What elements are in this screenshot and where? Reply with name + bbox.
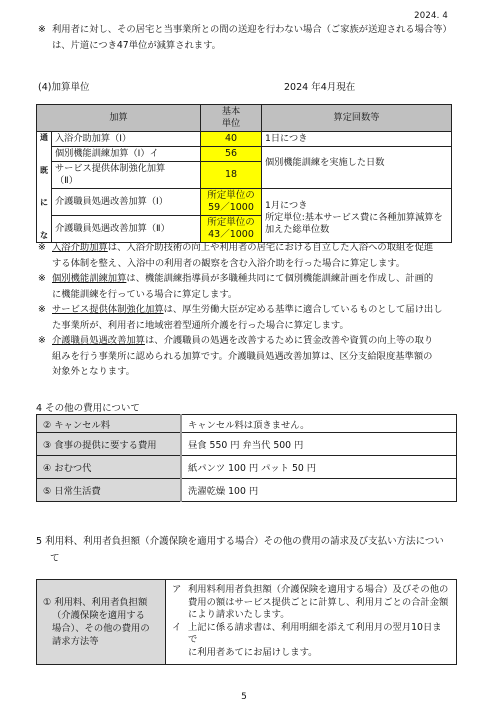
addition-name: 個別機能訓練加算（Ⅰ）イ — [52, 147, 201, 162]
fee-value: 昼食 550 円 弁当代 500 円 — [181, 433, 457, 456]
addition-name: 介護職員処遇改善加算（Ⅰ） — [52, 189, 201, 216]
fee-value: 紙パンツ 100 円 パット 50 円 — [181, 456, 457, 479]
addition-unit: 18 — [201, 162, 262, 189]
transport-note-line2: は、片道につき47単位が減算されます。 — [38, 38, 458, 54]
payment-content: ア 利用料利用者負担額（介護保険を適用する場合）及びその他の 費用の額はサービス… — [166, 580, 457, 665]
fee-label: ④ おむつ代 — [37, 456, 182, 479]
payment-section-title: 5 利用料、利用者負担額（介護保険を適用する場合）その他の費用の請求及び支払い方… — [36, 533, 444, 567]
fee-row: ⑤ 日常生活費 洗濯乾燥 100 円 — [37, 479, 457, 502]
transport-note: ※利用者に対し、その居宅と当事業所との間の送迎を行わない場合（ご家族が送迎される… — [38, 22, 458, 53]
addition-unit: 所定単位の 59／1000 — [201, 189, 262, 216]
note-mark: ※ — [38, 22, 52, 38]
fee-label: ③ 食事の提供に要する費用 — [37, 433, 182, 456]
addition-unit: 所定単位の 43／1000 — [201, 216, 262, 243]
header-basic-unit: 基本 単位 — [201, 105, 262, 132]
addition-unit: 56 — [201, 147, 262, 162]
page-number: 5 — [0, 692, 488, 702]
side-label: 通 既 に な — [37, 132, 52, 243]
fee-row: ④ おむつ代 紙パンツ 100 円 パット 50 円 — [37, 456, 457, 479]
addition-name: 介護職員処遇改善加算（Ⅱ） — [52, 216, 201, 243]
addition-section-title: (4)加算単位 — [38, 79, 89, 93]
addition-units-table: 加算 基本 単位 算定回数等 通 既 に な 入浴介助加算（Ⅰ） 40 1日につ… — [36, 104, 452, 243]
addition-count: 個別機能訓練を実施した日数 — [262, 147, 452, 189]
fee-row: ② キャンセル料 キャンセル料は頂きません。 — [37, 415, 457, 433]
header-count: 算定回数等 — [262, 105, 452, 132]
addition-as-of-date: 2024 年4月現在 — [284, 79, 355, 93]
payment-item: イ 上記に係る請求書は、利用明細を添えて利用月の翌月10日まで に利用者あてにお… — [172, 622, 450, 660]
addition-notes: ※入浴介助加算は、入浴介助技術の向上や利用者の居宅における自立した入浴への取組を… — [38, 240, 458, 380]
fee-value: 洗濯乾燥 100 円 — [181, 479, 457, 502]
other-fees-table: ② キャンセル料 キャンセル料は頂きません。 ③ 食事の提供に要する費用 昼食 … — [36, 414, 457, 502]
payment-label: ① 利用料、利用者負担額 （介護保険を適用する 場合）、その他の費用の 請求方法… — [37, 580, 166, 665]
note-term: サービス提供体制強化加算 — [52, 304, 164, 315]
other-fees-title: 4 その他の費用について — [36, 400, 140, 414]
payment-table: ① 利用料、利用者負担額 （介護保険を適用する 場合）、その他の費用の 請求方法… — [36, 579, 457, 665]
fee-value: キャンセル料は頂きません。 — [181, 415, 457, 433]
addition-name: サービス提供体制強化加算 （Ⅱ） — [52, 162, 201, 189]
header-addition: 加算 — [37, 105, 201, 132]
addition-shared-count: 1月につき 所定単位:基本サービス費に各種加算減算を 加えた総単位数 — [262, 189, 452, 243]
addition-count: 1日につき — [262, 132, 452, 147]
addition-name: 入浴介助加算（Ⅰ） — [52, 132, 201, 147]
note-term: 個別機能訓練加算 — [52, 273, 126, 284]
fee-label: ⑤ 日常生活費 — [37, 479, 182, 502]
fee-label: ② キャンセル料 — [37, 415, 182, 433]
note-term: 介護職員処遇改善加算 — [52, 335, 145, 346]
fee-row: ③ 食事の提供に要する費用 昼食 550 円 弁当代 500 円 — [37, 433, 457, 456]
document-date: 2024. 4 — [414, 11, 448, 21]
transport-note-line1: 利用者に対し、その居宅と当事業所との間の送迎を行わない場合（ご家族が送迎される場… — [52, 24, 452, 35]
payment-item: ア 利用料利用者負担額（介護保険を適用する場合）及びその他の 費用の額はサービス… — [172, 584, 450, 622]
note-term: 入浴介助加算 — [52, 242, 108, 253]
addition-unit: 40 — [201, 132, 262, 147]
